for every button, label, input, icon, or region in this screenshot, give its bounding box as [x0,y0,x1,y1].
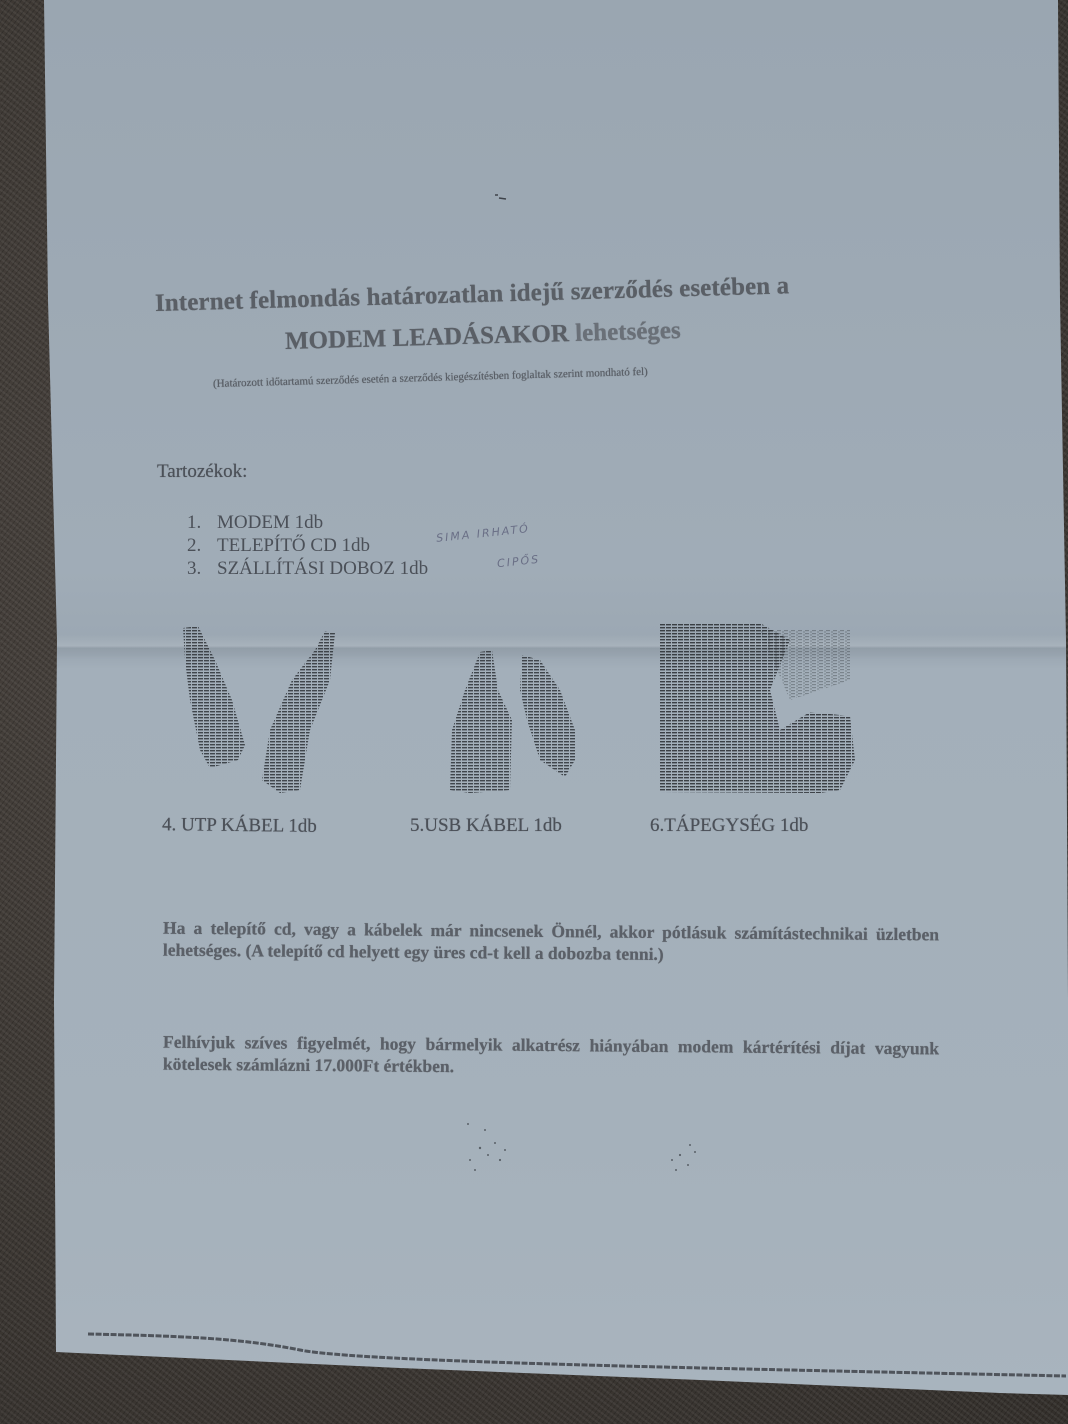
utp-cable-image [183,626,335,793]
compensation-fee-paragraph: Felhívjuk szíves figyelmét, hogy bármely… [163,1030,939,1081]
list-item-label: SZÁLLÍTÁSI DOBOZ 1db [217,558,428,579]
stray-mark-icon [494,193,508,201]
document-title-suffix: lehetséges [569,317,681,347]
document-title-line1: Internet felmondás határozatlan idejű sz… [155,272,790,318]
usb-cable-image [450,650,575,793]
document-subtitle: (Határozott időtartamú szerződés esetén … [213,366,648,390]
document-title-emphasis: MODEM LEADÁSAKOR [285,320,570,355]
document-title-line2: MODEM LEADÁSAKOR lehetséges [285,317,681,356]
list-item-number: 2. [187,534,217,557]
handwritten-note: SIMA IRHATÓ [436,522,531,545]
accessories-list: 1.MODEM 1db 2.TELEPÍTŐ CD 1db 3.SZÁLLÍTÁ… [187,511,428,580]
image-caption-power-supply: 6.TÁPEGYSÉG 1db [650,815,808,837]
list-item-label: TELEPÍTŐ CD 1db [217,535,370,556]
image-caption-utp-cable: 4. UTP KÁBEL 1db [162,814,317,838]
photocopied-images [0,0,1068,1424]
replacement-note-paragraph: Ha a telepítő cd, vagy a kábelek már nin… [163,916,939,967]
image-caption-usb-cable: 5.USB KÁBEL 1db [410,815,562,837]
list-item: 3.SZÁLLÍTÁSI DOBOZ 1db [187,557,428,580]
list-item: 1.MODEM 1db [187,511,428,534]
accessories-label: Tartozékok: [157,461,247,483]
paper-sheet: Internet felmondás határozatlan idejű sz… [0,0,1068,1424]
paper-fold-line [0,635,1068,659]
list-item-label: MODEM 1db [217,512,323,533]
list-item-number: 3. [187,557,217,580]
power-supply-image [660,623,855,793]
handwritten-note: CIPŐS [496,553,540,570]
list-item: 2.TELEPÍTŐ CD 1db [187,534,428,557]
bottom-rule-line [88,1334,1066,1376]
list-item-number: 1. [187,511,217,534]
toner-speckles [467,1123,696,1171]
